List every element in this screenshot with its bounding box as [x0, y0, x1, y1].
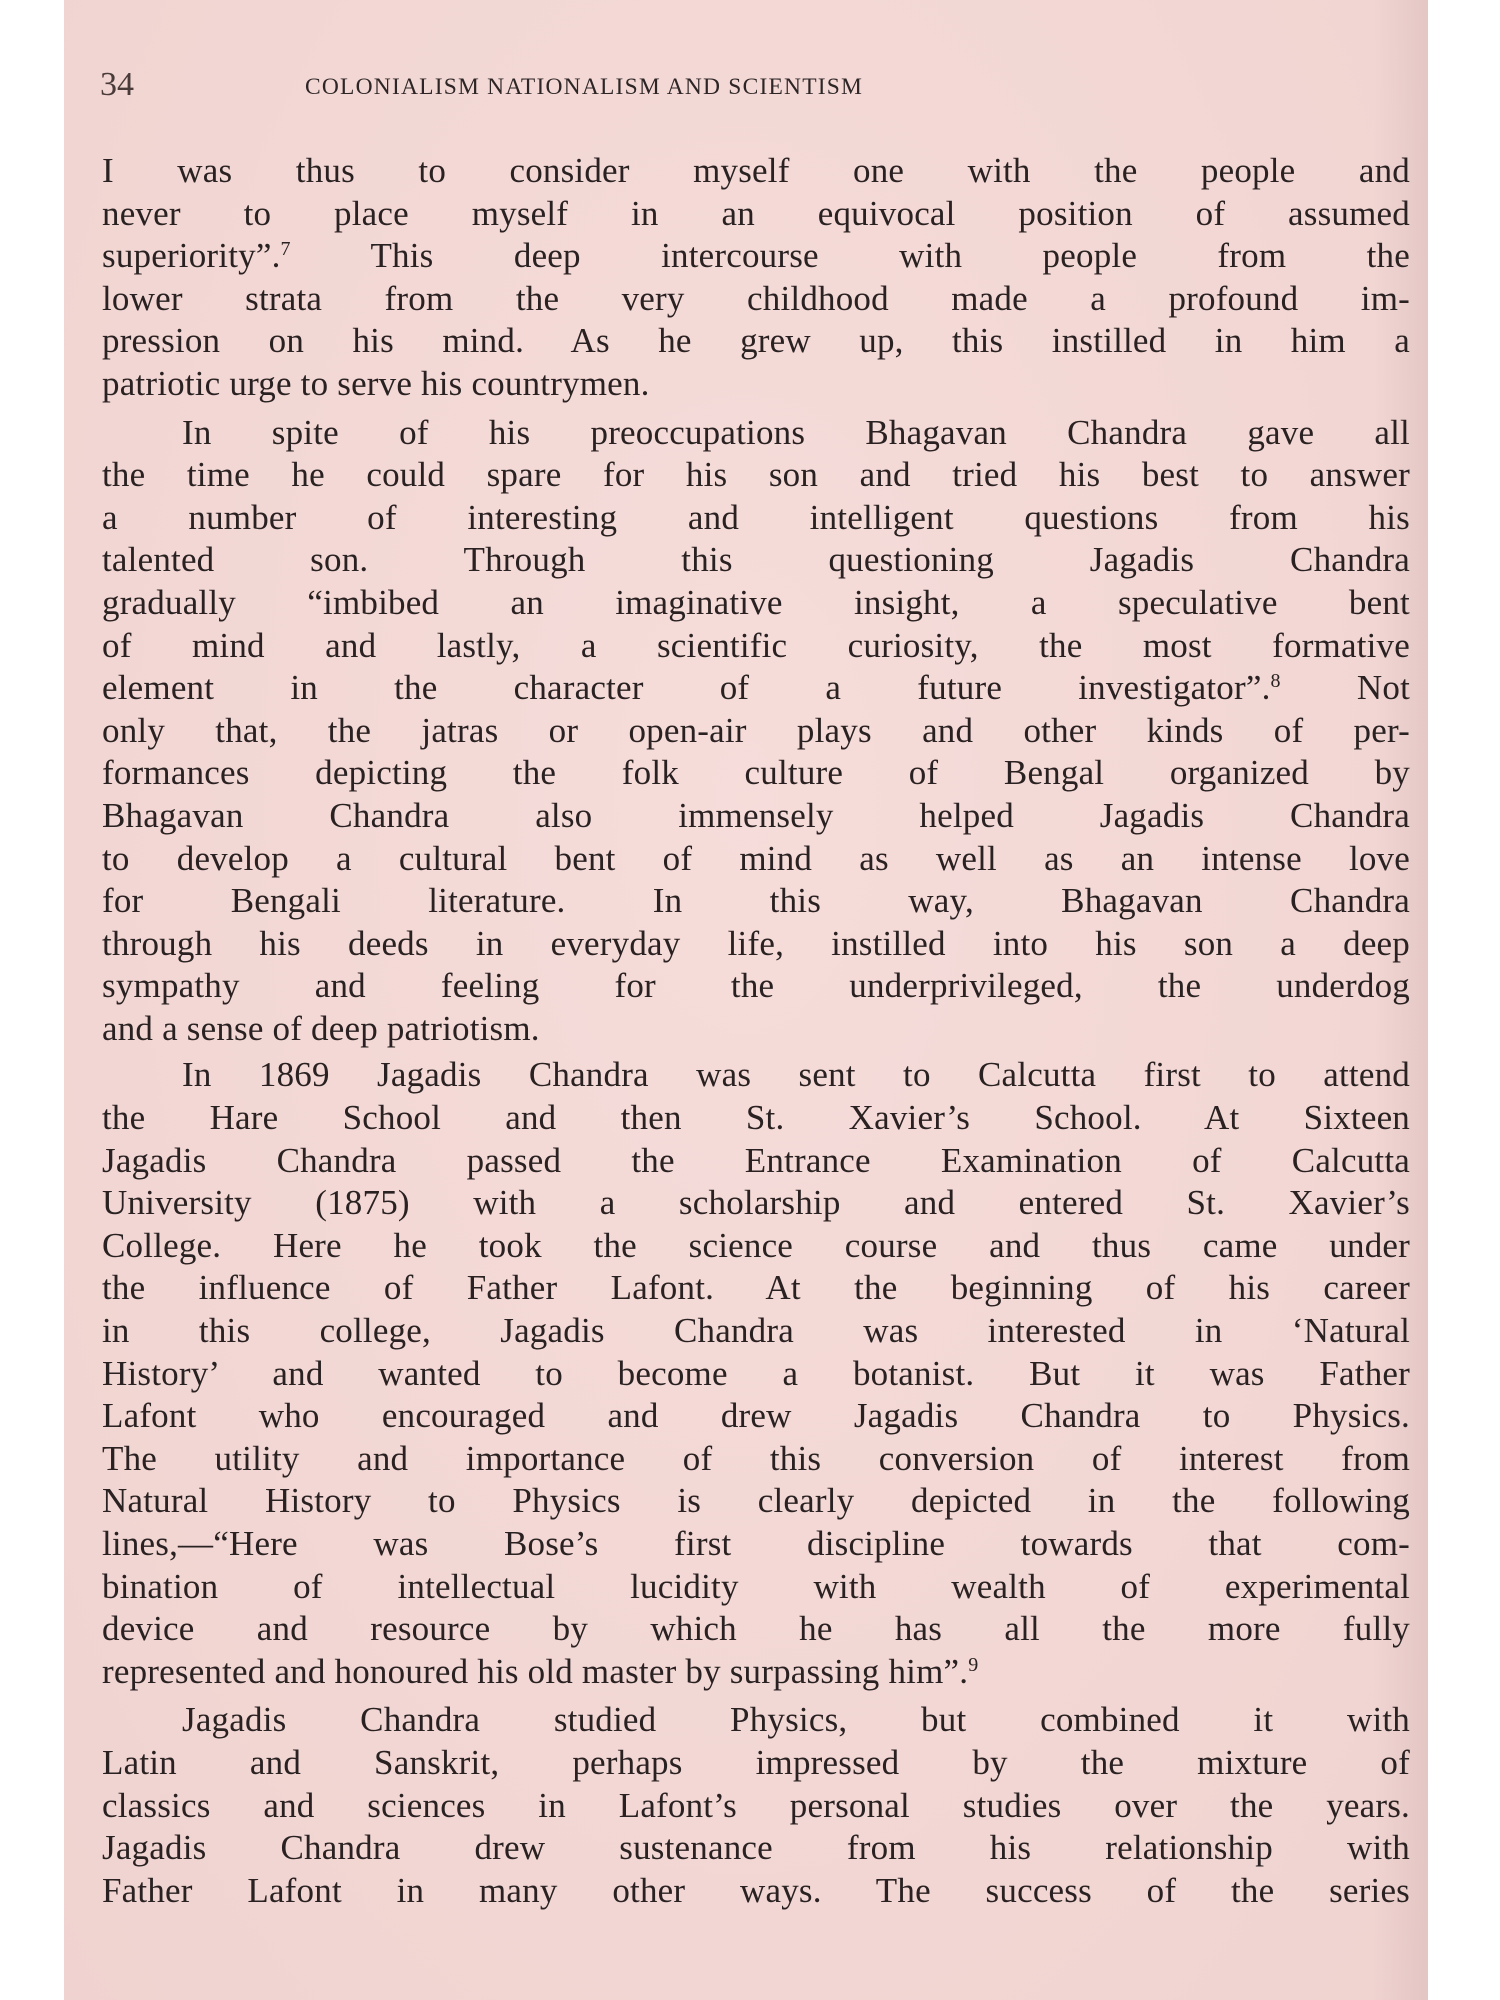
text-line: and a sense of deep patriotism. — [102, 1008, 1410, 1051]
footnote-ref: 9 — [968, 1654, 978, 1676]
running-head-title: COLONIALISM NATIONALISM AND SCIENTISM — [305, 74, 863, 100]
text-line: History’ and wanted to become a botanist… — [102, 1353, 1410, 1396]
text-line: in this college, Jagadis Chandra was int… — [102, 1310, 1410, 1353]
text-line: for Bengali literature. In this way, Bha… — [102, 880, 1410, 923]
text-line: patriotic urge to serve his countrymen. — [102, 363, 1410, 406]
text-line: lines,—“Here was Bose’s first discipline… — [102, 1523, 1410, 1566]
text-line: the influence of Father Lafont. At the b… — [102, 1267, 1410, 1310]
running-head: 34 COLONIALISM NATIONALISM AND SCIENTISM — [64, 68, 1428, 102]
paragraph-3: In 1869 Jagadis Chandra was sent to Calc… — [102, 1054, 1410, 1693]
text-line: Bhagavan Chandra also immensely helped J… — [102, 795, 1410, 838]
text-line: Jagadis Chandra drew sustenance from his… — [102, 1827, 1410, 1870]
text-line: only that, the jatras or open-air plays … — [102, 710, 1410, 753]
text-line: element in the character of a future inv… — [102, 667, 1410, 710]
text-line: to develop a cultural bent of mind as we… — [102, 838, 1410, 881]
text-line: In 1869 Jagadis Chandra was sent to Calc… — [102, 1054, 1410, 1097]
text-line: College. Here he took the science course… — [102, 1225, 1410, 1268]
footnote-ref: 7 — [281, 238, 291, 260]
text-line: Jagadis Chandra studied Physics, but com… — [102, 1699, 1410, 1742]
text-line: lower strata from the very childhood mad… — [102, 278, 1410, 321]
paragraph-1: I was thus to consider myself one with t… — [102, 150, 1410, 406]
text-line: bination of intellectual lucidity with w… — [102, 1566, 1410, 1609]
body-text: I was thus to consider myself one with t… — [102, 150, 1410, 1912]
text-line: University (1875) with a scholarship and… — [102, 1182, 1410, 1225]
footnote-ref: 8 — [1271, 670, 1281, 692]
text-line: Jagadis Chandra passed the Entrance Exam… — [102, 1140, 1410, 1183]
text-line: never to place myself in an equivocal po… — [102, 193, 1410, 236]
text-line: gradually “imbibed an imaginative insigh… — [102, 582, 1410, 625]
text-line: device and resource by which he has all … — [102, 1608, 1410, 1651]
text-line: a number of interesting and intelligent … — [102, 497, 1410, 540]
text-line: Latin and Sanskrit, perhaps impressed by… — [102, 1742, 1410, 1785]
text-line: classics and sciences in Lafont’s person… — [102, 1785, 1410, 1828]
text-line: Natural History to Physics is clearly de… — [102, 1480, 1410, 1523]
paragraph-2: In spite of his preoccupations Bhagavan … — [102, 412, 1410, 1051]
text-line: the Hare School and then St. Xavier’s Sc… — [102, 1097, 1410, 1140]
book-page: 34 COLONIALISM NATIONALISM AND SCIENTISM… — [64, 0, 1428, 2000]
text-line: through his deeds in everyday life, inst… — [102, 923, 1410, 966]
text-line: pression on his mind. As he grew up, thi… — [102, 320, 1410, 363]
text-line: of mind and lastly, a scientific curiosi… — [102, 625, 1410, 668]
text-line: Father Lafont in many other ways. The su… — [102, 1870, 1410, 1913]
paragraph-4: Jagadis Chandra studied Physics, but com… — [102, 1699, 1410, 1912]
text-line: represented and honoured his old master … — [102, 1651, 1410, 1694]
text-line: Lafont who encouraged and drew Jagadis C… — [102, 1395, 1410, 1438]
text-line: talented son. Through this questioning J… — [102, 539, 1410, 582]
text-line: formances depicting the folk culture of … — [102, 752, 1410, 795]
text-line: superiority”.7 This deep intercourse wit… — [102, 235, 1410, 278]
text-line: In spite of his preoccupations Bhagavan … — [102, 412, 1410, 455]
text-line: sympathy and feeling for the underprivil… — [102, 965, 1410, 1008]
page-number: 34 — [100, 68, 134, 102]
text-line: I was thus to consider myself one with t… — [102, 150, 1410, 193]
text-line: the time he could spare for his son and … — [102, 454, 1410, 497]
text-line: The utility and importance of this conve… — [102, 1438, 1410, 1481]
